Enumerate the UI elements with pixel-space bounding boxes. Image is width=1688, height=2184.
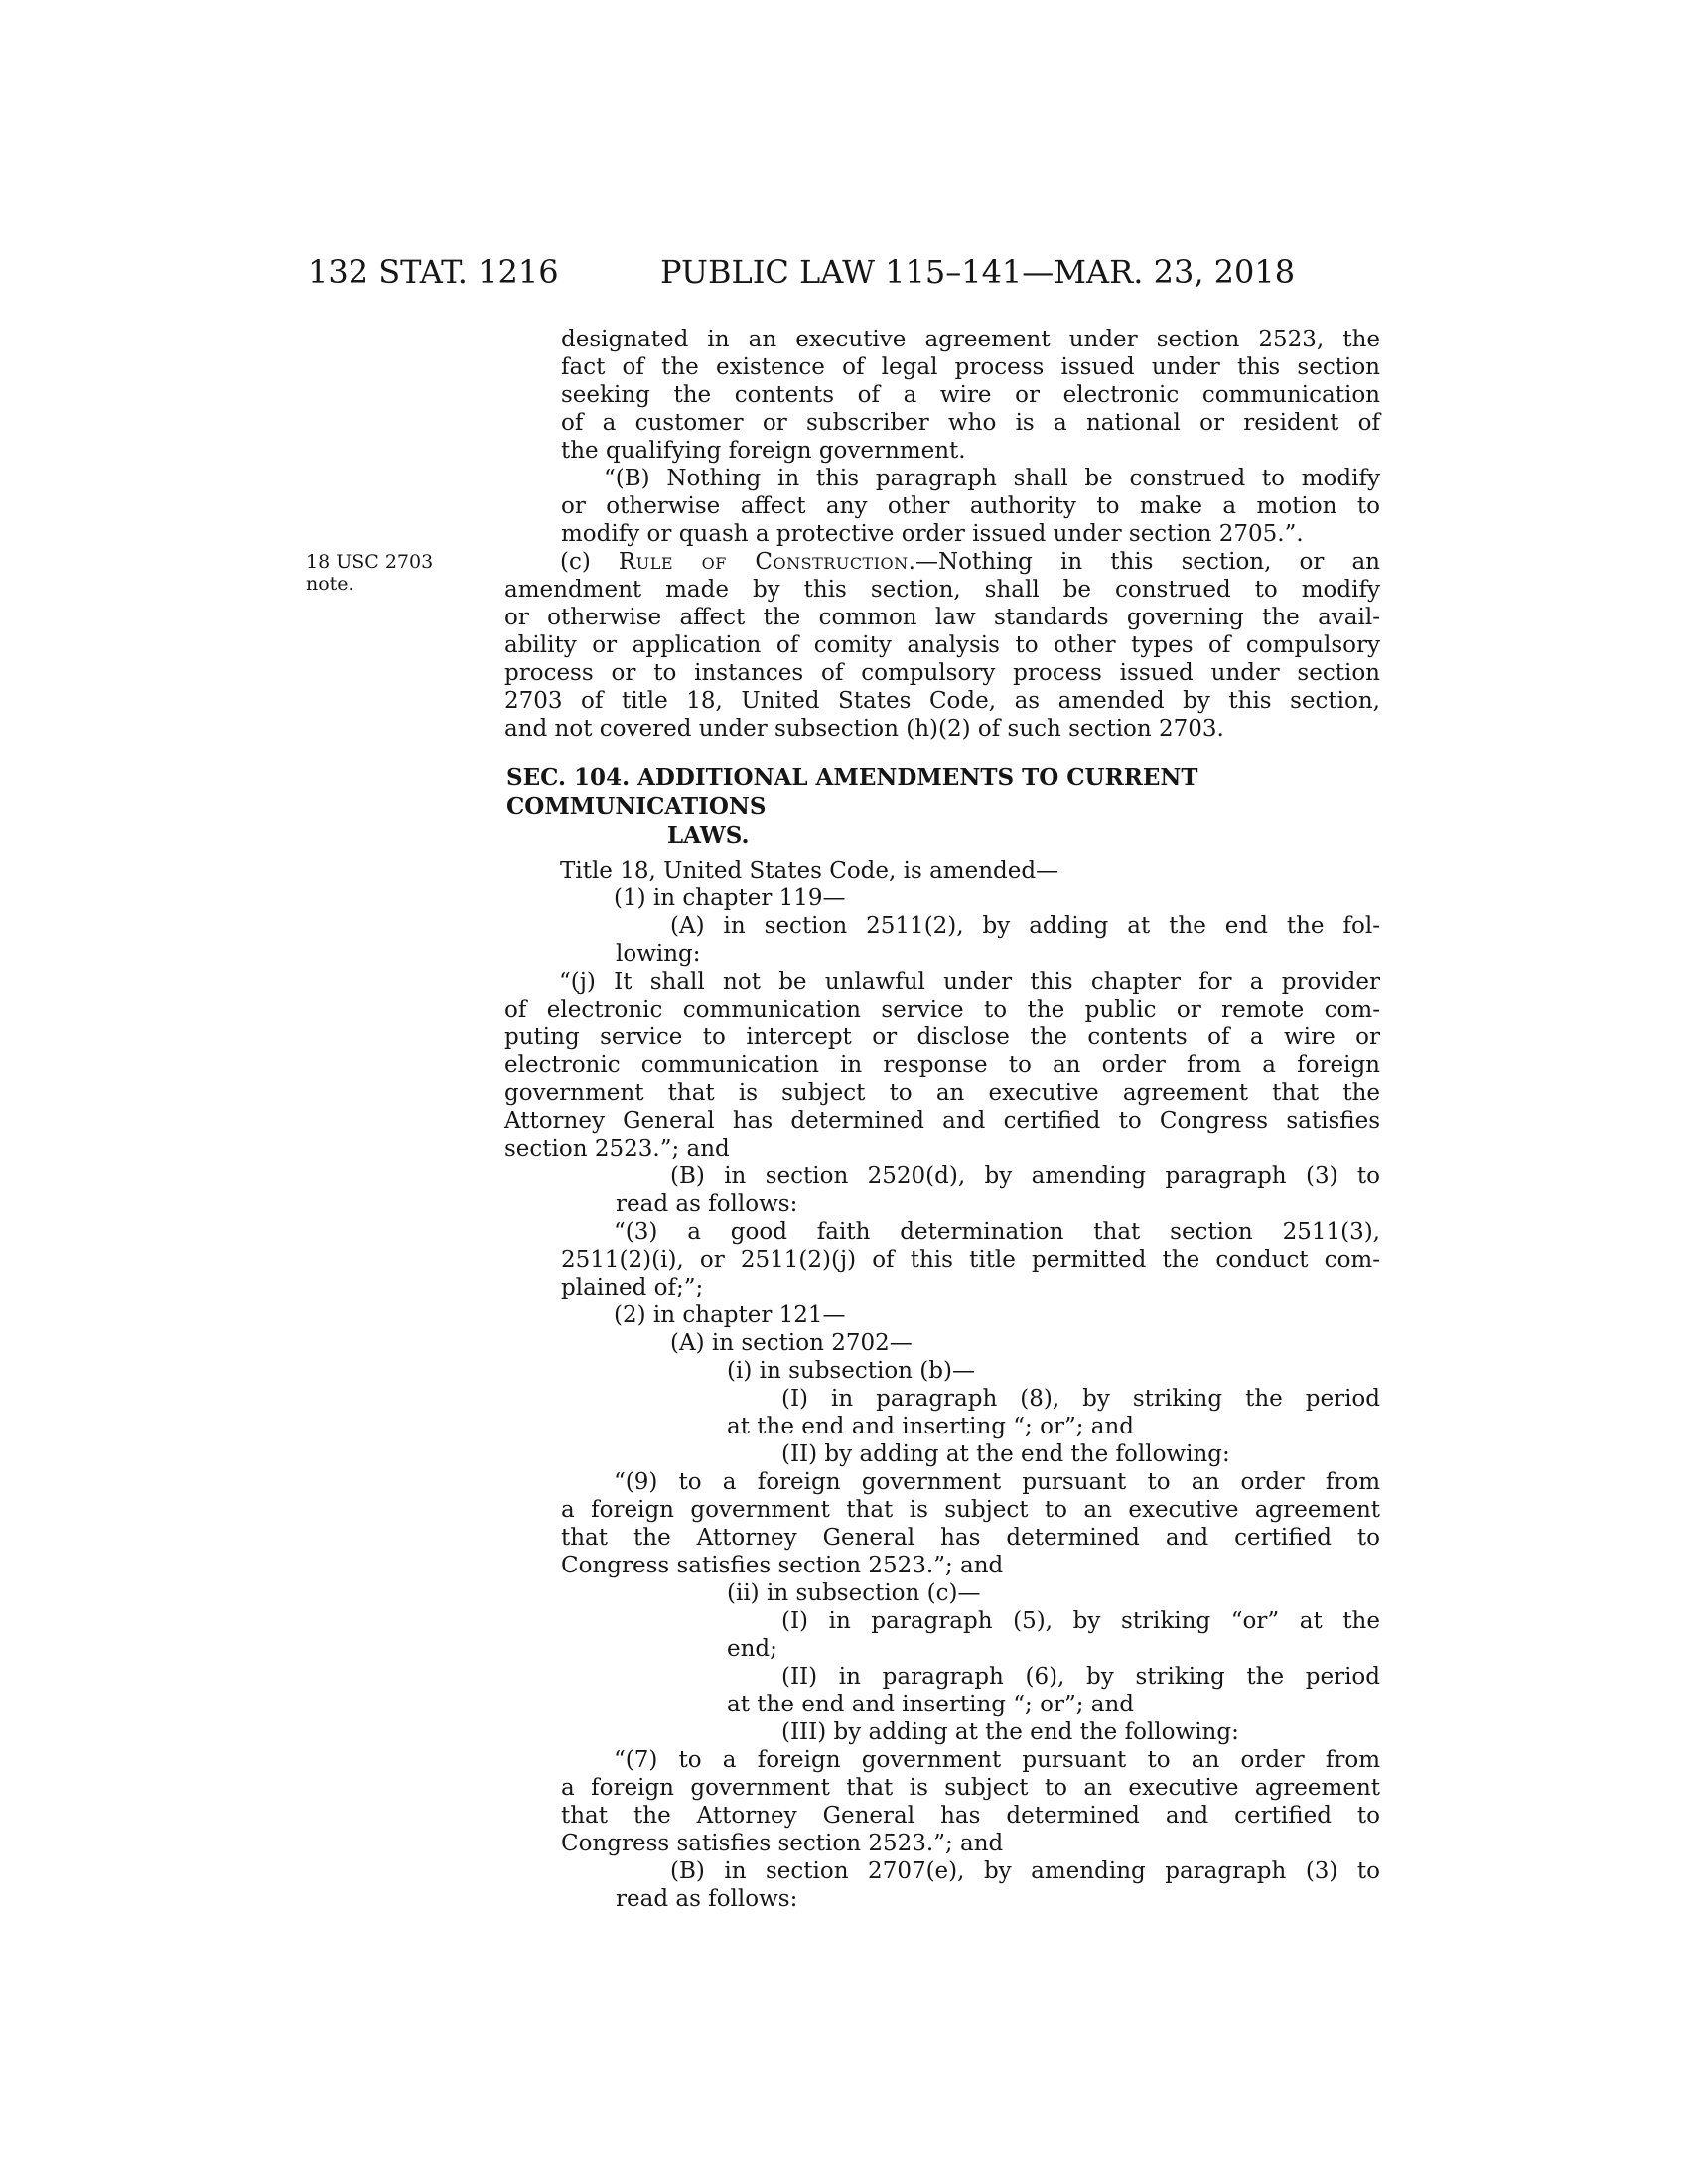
margin-note-line: 18 USC 2703 <box>306 551 485 573</box>
text-segment: .—Nothing in this section, or an <box>909 549 1380 575</box>
vertical-spacer <box>504 850 1380 857</box>
text-line: modify or quash a protective order issue… <box>504 520 1380 548</box>
running-head: 132 STAT. 1216 PUBLIC LAW 115–141—MAR. 2… <box>0 254 1688 294</box>
text-line: read as follows: <box>504 1190 1380 1218</box>
text-line: ability or application of comity analysi… <box>504 631 1380 659</box>
text-line: “(9) to a foreign government pursuant to… <box>504 1468 1380 1496</box>
text-line: that the Attorney General has determined… <box>504 1802 1380 1830</box>
text-line: (II) by adding at the end the following: <box>504 1440 1380 1468</box>
text-line: at the end and inserting “; or”; and <box>504 1413 1380 1440</box>
text-line: (1) in chapter 119— <box>504 885 1380 912</box>
text-line: fact of the existence of legal process i… <box>504 353 1380 381</box>
margin-note-usc-citation: 18 USC 2703 note. <box>306 551 485 595</box>
text-line: electronic communication in response to … <box>504 1051 1380 1079</box>
text-line: that the Attorney General has determined… <box>504 1524 1380 1552</box>
text-line: the qualifying foreign government. <box>504 437 1380 465</box>
small-caps-text: Rule of Construction <box>619 549 909 575</box>
text-line: “(B) Nothing in this paragraph shall be … <box>504 465 1380 492</box>
text-line: Congress satisfies section 2523.”; and <box>504 1830 1380 1857</box>
text-line: Attorney General has determined and cert… <box>504 1107 1380 1135</box>
text-line: 2511(2)(i), or 2511(2)(j) of this title … <box>504 1246 1380 1274</box>
text-line: amendment made by this section, shall be… <box>504 576 1380 604</box>
text-line: of a customer or subscriber who is a nat… <box>504 409 1380 437</box>
text-line: plained of;”; <box>504 1274 1380 1301</box>
text-line: (II) in paragraph (6), by striking the p… <box>504 1663 1380 1691</box>
text-line: (III) by adding at the end the following… <box>504 1718 1380 1746</box>
text-line: government that is subject to an executi… <box>504 1079 1380 1107</box>
text-line: (B) in section 2520(d), by amending para… <box>504 1162 1380 1190</box>
text-line: end; <box>504 1635 1380 1663</box>
text-line: 2703 of title 18, United States Code, as… <box>504 687 1380 715</box>
text-line: process or to instances of compulsory pr… <box>504 659 1380 687</box>
text-line: (A) in section 2511(2), by adding at the… <box>504 912 1380 940</box>
text-line: or otherwise affect the common law stand… <box>504 604 1380 631</box>
text-line: (A) in section 2702— <box>504 1329 1380 1357</box>
text-line: (I) in paragraph (5), by striking “or” a… <box>504 1607 1380 1635</box>
text-line: at the end and inserting “; or”; and <box>504 1691 1380 1718</box>
text-line: (2) in chapter 121— <box>504 1301 1380 1329</box>
text-line: puting service to intercept or disclose … <box>504 1024 1380 1051</box>
text-line: and not covered under subsection (h)(2) … <box>504 715 1380 743</box>
text-line: “(3) a good faith determination that sec… <box>504 1218 1380 1246</box>
vertical-spacer <box>504 743 1380 763</box>
text-line: lowing: <box>504 940 1380 968</box>
text-line: (i) in subsection (b)— <box>504 1357 1380 1385</box>
text-line: designated in an executive agreement und… <box>504 326 1380 353</box>
text-line: (B) in section 2707(e), by amending para… <box>504 1857 1380 1885</box>
statute-body-text: designated in an executive agreement und… <box>504 326 1380 1913</box>
text-line: read as follows: <box>504 1885 1380 1913</box>
text-line: Congress satisfies section 2523.”; and <box>504 1552 1380 1579</box>
text-line: (I) in paragraph (8), by striking the pe… <box>504 1385 1380 1413</box>
statute-page: 132 STAT. 1216 PUBLIC LAW 115–141—MAR. 2… <box>0 0 1688 2184</box>
text-line: seeking the contents of a wire or electr… <box>504 381 1380 409</box>
section-heading-line: SEC. 104. ADDITIONAL AMENDMENTS TO CURRE… <box>504 763 1380 821</box>
text-line: (ii) in subsection (c)— <box>504 1579 1380 1607</box>
section-heading-line: LAWS. <box>504 821 1380 850</box>
margin-note-line: note. <box>306 573 485 595</box>
text-line: Title 18, United States Code, is amended… <box>504 857 1380 885</box>
stat-page-number: 132 STAT. 1216 <box>308 254 559 290</box>
text-line: a foreign government that is subject to … <box>504 1774 1380 1802</box>
text-line: a foreign government that is subject to … <box>504 1496 1380 1524</box>
text-line: “(7) to a foreign government pursuant to… <box>504 1746 1380 1774</box>
text-line: of electronic communication service to t… <box>504 996 1380 1024</box>
text-line: “(j) It shall not be unlawful under this… <box>504 968 1380 996</box>
public-law-title: PUBLIC LAW 115–141—MAR. 23, 2018 <box>660 254 1295 290</box>
text-segment: (c) <box>560 549 619 575</box>
text-line: or otherwise affect any other authority … <box>504 492 1380 520</box>
text-line: section 2523.”; and <box>504 1135 1380 1162</box>
text-line: (c) Rule of Construction.—Nothing in thi… <box>504 548 1380 576</box>
